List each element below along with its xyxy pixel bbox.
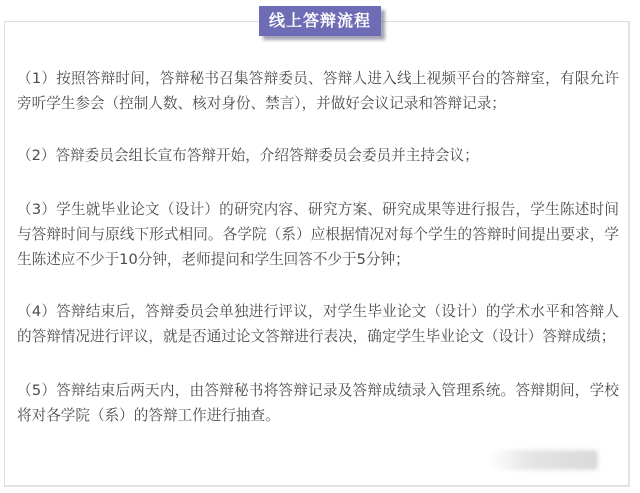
page-title: 线上答辩流程: [259, 6, 381, 36]
step-1: （1）按照答辩时间，答辩秘书召集答辩委员、答辩人进入线上视频平台的答辩室，有限允…: [17, 66, 619, 116]
title-banner: 线上答辩流程: [0, 6, 640, 36]
step-3: （3）学生就毕业论文（设计）的研究内容、研究方案、研究成果等进行报告，学生陈述时…: [17, 197, 619, 272]
step-number: （1）: [17, 70, 56, 87]
step-text: 答辩结束后，答辩委员会单独进行评议，对学生毕业论文（设计）的学术水平和答辩人的答…: [17, 303, 619, 345]
step-number: （4）: [17, 303, 56, 320]
steps-list: （1）按照答辩时间，答辩秘书召集答辩委员、答辩人进入线上视频平台的答辩室，有限允…: [17, 66, 619, 428]
step-number: （2）: [17, 147, 55, 164]
step-text: 答辩委员会组长宣布答辩开始，介绍答辩委员会委员并主持会议；: [55, 147, 478, 164]
blurred-watermark: [488, 450, 598, 470]
step-2: （2）答辩委员会组长宣布答辩开始，介绍答辩委员会委员并主持会议；: [17, 143, 619, 168]
step-text: 答辩结束后两天内，由答辩秘书将答辩记录及答辩成绩录入管理系统。答辩期间，学校将对…: [17, 382, 619, 424]
step-4: （4）答辩结束后，答辩委员会单独进行评议，对学生毕业论文（设计）的学术水平和答辩…: [17, 299, 619, 349]
step-5: （5）答辩结束后两天内，由答辩秘书将答辩记录及答辩成绩录入管理系统。答辩期间，学…: [17, 378, 619, 428]
step-text: 按照答辩时间，答辩秘书召集答辩委员、答辩人进入线上视频平台的答辩室，有限允许旁听…: [17, 70, 619, 112]
step-number: （3）: [17, 201, 56, 218]
step-text: 学生就毕业论文（设计）的研究内容、研究方案、研究成果等进行报告，学生陈述时间与答…: [17, 201, 619, 268]
step-number: （5）: [17, 382, 56, 399]
